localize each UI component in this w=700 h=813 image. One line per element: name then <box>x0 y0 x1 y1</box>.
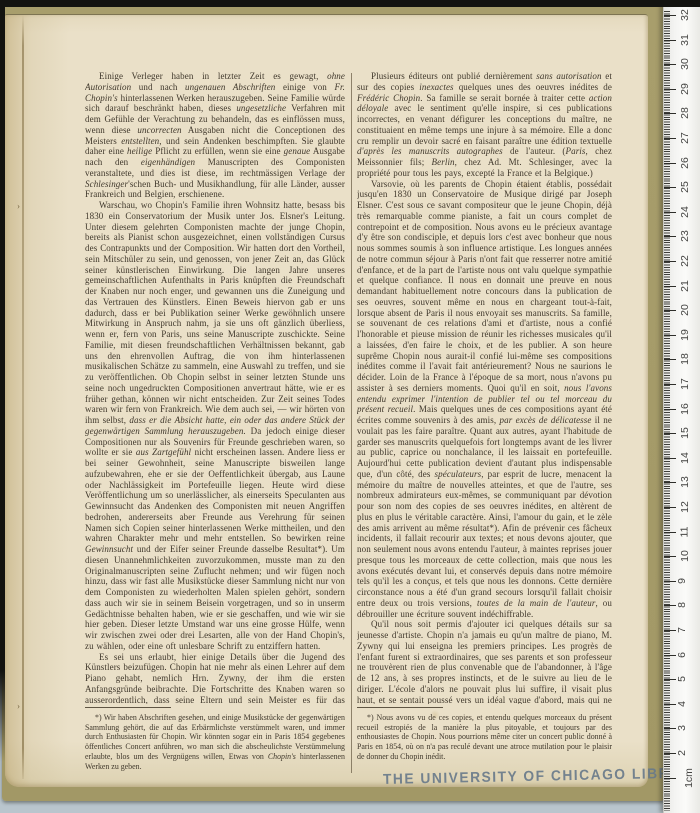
ruler-cm-label: 5 <box>676 676 688 682</box>
ruler-cm-tick <box>664 507 676 508</box>
german-column: Einige Verleger haben in letzter Zeit es… <box>85 71 345 779</box>
ruler-cm-tick <box>664 433 676 434</box>
ruler-cm-tick <box>664 409 676 410</box>
ruler-cm-label: 32 <box>679 9 691 21</box>
french-footnote-block: *) Nous avons vu de ces copies, et enten… <box>357 707 612 762</box>
ruler-cm-tick <box>664 753 676 754</box>
ruler-cm-label: 15 <box>679 427 691 439</box>
ruler-cm-tick <box>664 15 676 16</box>
ruler-cm-label: 31 <box>679 34 691 46</box>
footnote-rule <box>85 707 171 708</box>
ruler-cm-tick <box>664 482 676 483</box>
column-divider <box>351 73 352 773</box>
paragraph-german-1: Einige Verleger haben in letzter Zeit es… <box>85 71 345 200</box>
ruler-cm-label: 30 <box>679 58 691 70</box>
ruler-cm-tick <box>664 605 676 606</box>
ruler-cm-tick <box>664 236 676 237</box>
ruler-cm-tick <box>664 138 676 139</box>
french-column: Plusieurs éditeurs ont publié dernièreme… <box>357 71 612 779</box>
ruler-cm-tick <box>664 458 676 459</box>
ruler-cm-label: 6 <box>676 652 688 658</box>
paragraph-german-3: Es sei uns erlaubt, hier einige Details … <box>85 652 345 705</box>
ruler-cm-label: 13 <box>679 477 691 489</box>
ruler-cm-tick <box>664 163 676 164</box>
ruler-cm-label: 12 <box>679 501 691 513</box>
binding-stitch: › <box>17 203 26 210</box>
scanner-background <box>0 799 700 813</box>
ruler-cm-tick <box>664 64 676 65</box>
ruler-cm-label: 8 <box>676 602 688 608</box>
ruler: 3231302928272625242322212019181716151413… <box>663 0 700 813</box>
ruler-cm-tick <box>664 728 676 729</box>
ruler-cm-tick <box>664 704 676 705</box>
paragraph-french-2: Varsovie, où les parents de Chopin étaie… <box>357 179 612 620</box>
ruler-cm-tick <box>664 630 676 631</box>
german-footnote-block: *) Wir haben Abschriften gesehen, und ei… <box>85 707 345 771</box>
ruler-cm-tick <box>664 384 676 385</box>
ruler-cm-label: 16 <box>679 403 691 415</box>
ruler-cm-tick <box>664 113 676 114</box>
paragraph-french-1: Plusieurs éditeurs ont publié dernièreme… <box>357 71 612 179</box>
ruler-cm-label: 23 <box>679 231 691 243</box>
ruler-cm-label: 24 <box>679 206 691 218</box>
ruler-cm-tick <box>664 286 676 287</box>
binding-crease <box>22 15 24 779</box>
text-block: Einige Verleger haben in letzter Zeit es… <box>85 71 612 779</box>
ruler-cm-label: 3 <box>676 725 688 731</box>
book-page: › › Einige Verleger haben in letzter Zei… <box>5 14 648 787</box>
german-main-text: Einige Verleger haben in letzter Zeit es… <box>85 71 345 704</box>
ruler-cm-label: 20 <box>679 304 691 316</box>
ruler-cm-tick <box>664 187 676 188</box>
ruler-cm-label: 2 <box>676 750 688 756</box>
ruler-cm-tick <box>664 359 676 360</box>
ruler-cm-label: 10 <box>679 550 691 562</box>
ruler-cm-label: 28 <box>679 108 691 120</box>
paragraph-german-2: Warschau, wo Chopin's Familie ihren Wohn… <box>85 200 345 652</box>
ruler-cm-tick <box>664 40 676 41</box>
ruler-cm-label: 14 <box>679 452 691 464</box>
ruler-cm-label: 25 <box>679 181 691 193</box>
binding-stitch: › <box>17 703 26 710</box>
french-footnote: *) Nous avons vu de ces copies, et enten… <box>357 713 612 762</box>
ruler-cm-tick <box>664 89 676 90</box>
ruler-cm-label: 29 <box>679 83 691 95</box>
ruler-scale: 3231302928272625242322212019181716151413… <box>664 0 700 813</box>
footnote-rule <box>357 707 443 708</box>
ruler-cm-tick <box>664 556 676 557</box>
ruler-cm-tick <box>664 679 676 680</box>
ruler-cm-label: 27 <box>679 132 691 144</box>
ruler-cm-label: 26 <box>679 157 691 169</box>
ruler-cm-label: 9 <box>676 578 688 584</box>
ruler-cm-label: 1cm <box>683 768 695 788</box>
ruler-cm-tick <box>664 655 676 656</box>
ruler-cm-label: 21 <box>679 280 691 292</box>
german-footnote: *) Wir haben Abschriften gesehen, und ei… <box>85 713 345 771</box>
french-main-text: Plusieurs éditeurs ont publié dernièreme… <box>357 71 612 704</box>
ruler-cm-tick <box>664 310 676 311</box>
ruler-cm-label: 18 <box>679 354 691 366</box>
ruler-cm-tick <box>664 532 676 533</box>
scan-edge-top <box>0 0 700 7</box>
ruler-cm-label: 7 <box>676 627 688 633</box>
ruler-cm-label: 17 <box>679 378 691 390</box>
scan-edge-left <box>0 0 5 762</box>
paragraph-french-3: Qu'il nous soit permis d'ajouter ici que… <box>357 619 612 704</box>
ruler-cm-tick <box>664 212 676 213</box>
ruler-cm-tick <box>664 778 676 779</box>
ruler-cm-label: 19 <box>679 329 691 341</box>
ruler-cm-tick <box>664 335 676 336</box>
ruler-cm-label: 22 <box>679 255 691 267</box>
ruler-cm-label: 11 <box>678 526 690 537</box>
ruler-cm-tick <box>664 261 676 262</box>
ruler-cm-label: 4 <box>676 701 688 707</box>
scanned-book-page: › › Einige Verleger haben in letzter Zei… <box>0 0 700 813</box>
ruler-cm-tick <box>664 581 676 582</box>
